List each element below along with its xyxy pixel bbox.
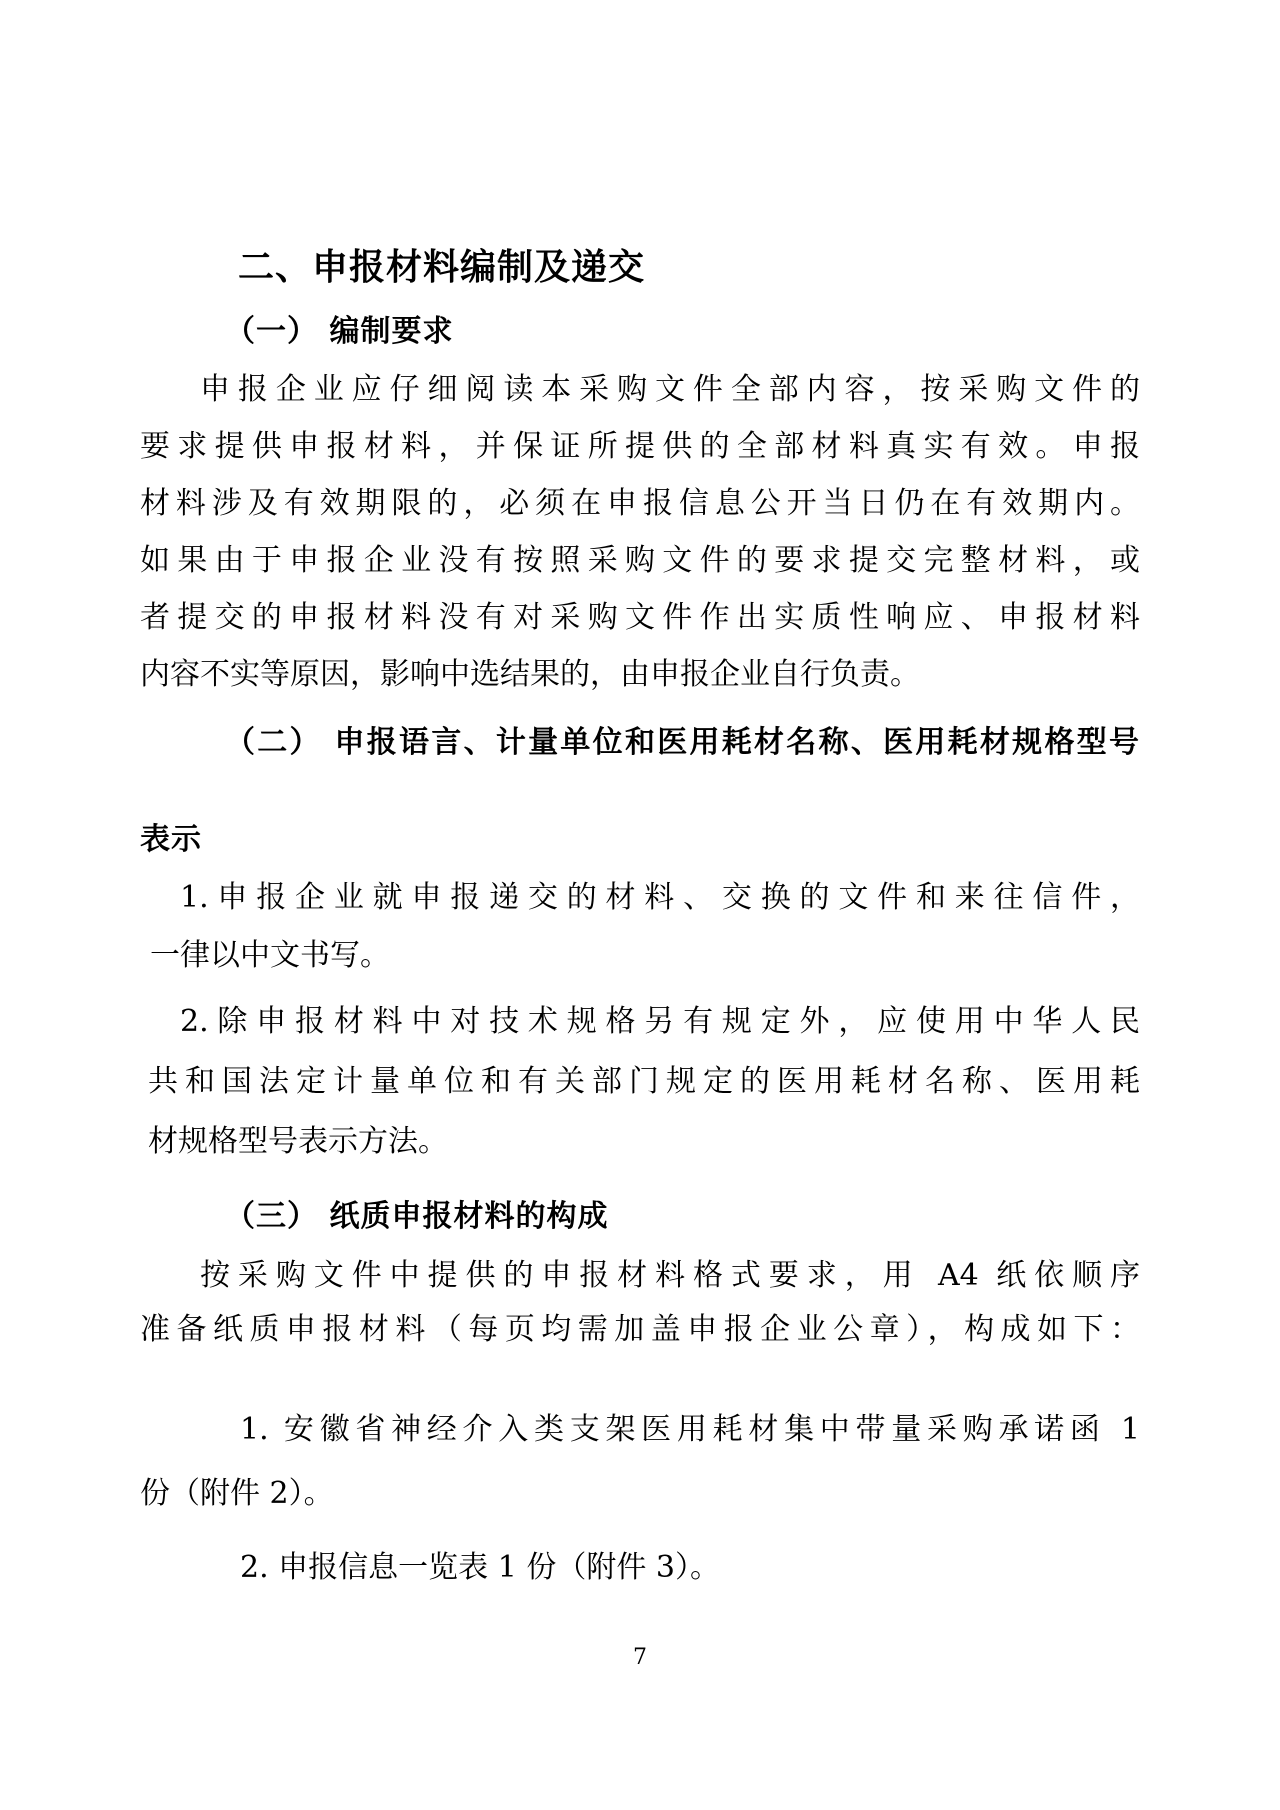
subsection-heading-2-line-2: 表示 [140,822,1140,858]
paragraph-2-line-2: 准备纸质申报材料（每页均需加盖申报企业公章），构成如下： [140,1312,1140,1348]
paragraph-1-line-2: 要求提供申报材料，并保证所提供的全部材料真实有效。申报 [140,429,1140,465]
document-page: 二、申报材料编制及递交 （一） 编制要求 申报企业应仔细阅读本采购文件全部内容，… [0,0,1280,1810]
list-item-1-line-2: 份（附件 2）。 [140,1476,1140,1512]
item-2-line-3: 材规格型号表示方法。 [140,1124,1140,1160]
paragraph-1-line-6: 内容不实等原因，影响中选结果的，由申报企业自行负责。 [140,657,1140,693]
item-1-line-1: 1.申报企业就申报递交的材料、交换的文件和来往信件， [140,880,1140,916]
page-number: 7 [0,1645,1280,1671]
subsection-heading-3: （三） 纸质申报材料的构成 [140,1199,1140,1235]
list-item-1-line-1: 1. 安徽省神经介入类支架医用耗材集中带量采购承诺函 1 [140,1412,1140,1448]
paragraph-1-line-3: 材料涉及有效期限的，必须在申报信息公开当日仍在有效期内。 [140,486,1140,522]
paragraph-1-line-1: 申报企业应仔细阅读本采购文件全部内容，按采购文件的 [140,372,1140,408]
paragraph-1-line-4: 如果由于申报企业没有按照采购文件的要求提交完整材料，或 [140,543,1140,579]
item-2-line-2: 共和国法定计量单位和有关部门规定的医用耗材名称、医用耗 [140,1064,1140,1100]
subsection-heading-1: （一） 编制要求 [140,314,1140,350]
item-2-line-1: 2.除申报材料中对技术规格另有规定外，应使用中华人民 [140,1004,1140,1040]
item-1-line-2: 一律以中文书写。 [150,938,1150,974]
subsection-heading-2-line-1: （二） 申报语言、计量单位和医用耗材名称、医用耗材规格型号 [140,725,1140,761]
paragraph-2-line-1: 按采购文件中提供的申报材料格式要求，用 A4 纸依顺序 [140,1258,1140,1294]
paragraph-1-line-5: 者提交的申报材料没有对采购文件作出实质性响应、申报材料 [140,600,1140,636]
section-heading: 二、申报材料编制及递交 [238,248,1278,288]
list-item-2-line-1: 2. 申报信息一览表 1 份（附件 3）。 [140,1550,1140,1586]
